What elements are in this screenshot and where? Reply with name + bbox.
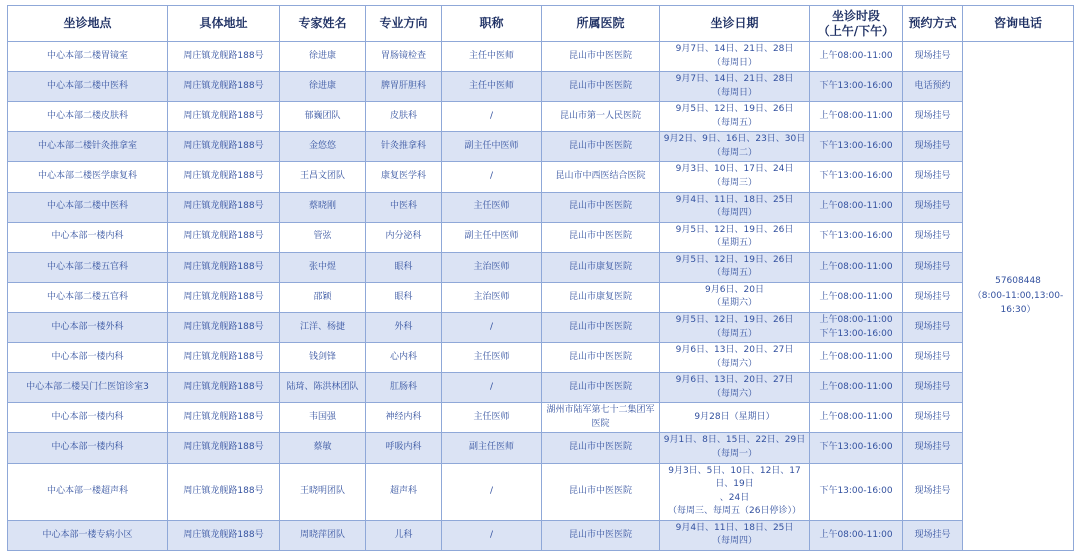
cell-location: 中心本部一楼内科 (8, 343, 168, 373)
cell-specialty: 眼科 (366, 252, 442, 282)
cell-time-slot: 上午08:00-11:00 (810, 373, 903, 403)
cell-title: 主任中医师 (442, 42, 542, 72)
cell-title: / (442, 162, 542, 192)
cell-expert-name: 江洋、杨捷 (280, 312, 366, 342)
cell-location: 中心本部二楼五官科 (8, 252, 168, 282)
table-row: 中心本部二楼中医科周庄镇龙舰路188号蔡晓刚中医科主任医师昆山市中医医院9月4日… (8, 192, 1074, 222)
header-row: 坐诊地点具体地址专家姓名专业方向职称所属医院坐诊日期坐诊时段 （上午/下午）预约… (8, 6, 1074, 42)
col-header-location: 坐诊地点 (8, 6, 168, 42)
cell-booking-method: 现场挂号 (903, 132, 963, 162)
cell-location: 中心本部一楼专病小区 (8, 520, 168, 550)
cell-time-slot: 上午08:00-11:00 (810, 252, 903, 282)
cell-expert-name: 徐进康 (280, 42, 366, 72)
cell-address: 周庄镇龙舰路188号 (168, 42, 280, 72)
cell-booking-method: 现场挂号 (903, 102, 963, 132)
table-row: 中心本部二楼针灸推拿室周庄镇龙舰路188号金悠悠针灸推拿科副主任中医师昆山市中医… (8, 132, 1074, 162)
cell-specialty: 心内科 (366, 343, 442, 373)
cell-date: 9月5日、12日、19日、26日 （星期五） (660, 222, 810, 252)
clinic-schedule-page: 坐诊地点具体地址专家姓名专业方向职称所属医院坐诊日期坐诊时段 （上午/下午）预约… (0, 0, 1080, 556)
cell-address: 周庄镇龙舰路188号 (168, 192, 280, 222)
cell-location: 中心本部一楼超声科 (8, 463, 168, 520)
cell-time-slot: 上午08:00-11:00 (810, 42, 903, 72)
cell-booking-method: 现场挂号 (903, 433, 963, 463)
cell-date: 9月28日（星期日） (660, 403, 810, 433)
cell-title: / (442, 102, 542, 132)
table-row: 中心本部二楼五官科周庄镇龙舰路188号张中煜眼科主治医师昆山市康复医院9月5日、… (8, 252, 1074, 282)
cell-booking-method: 现场挂号 (903, 282, 963, 312)
cell-booking-method: 现场挂号 (903, 222, 963, 252)
table-row: 中心本部一楼外科周庄镇龙舰路188号江洋、杨捷外科/昆山市中医医院9月5日、12… (8, 312, 1074, 342)
cell-location: 中心本部二楼胃镜室 (8, 42, 168, 72)
cell-date: 9月3日、10日、17日、24日 （每周三） (660, 162, 810, 192)
cell-location: 中心本部二楼吴门仁医馆诊室3 (8, 373, 168, 403)
cell-specialty: 肛肠科 (366, 373, 442, 403)
cell-expert-name: 郁巍团队 (280, 102, 366, 132)
col-header-expert-name: 专家姓名 (280, 6, 366, 42)
cell-specialty: 皮肤科 (366, 102, 442, 132)
cell-specialty: 超声科 (366, 463, 442, 520)
cell-booking-method: 现场挂号 (903, 373, 963, 403)
table-row: 中心本部一楼内科周庄镇龙舰路188号韦国强神经内科主任医师湖州市陆军第七十二集团… (8, 403, 1074, 433)
cell-time-slot: 下午13:00-16:00 (810, 463, 903, 520)
cell-address: 周庄镇龙舰路188号 (168, 102, 280, 132)
cell-address: 周庄镇龙舰路188号 (168, 132, 280, 162)
cell-time-slot: 上午08:00-11:00 (810, 403, 903, 433)
cell-hospital: 昆山市中医医院 (542, 520, 660, 550)
cell-specialty: 康复医学科 (366, 162, 442, 192)
cell-specialty: 神经内科 (366, 403, 442, 433)
table-row: 中心本部二楼皮肤科周庄镇龙舰路188号郁巍团队皮肤科/昆山市第一人民医院9月5日… (8, 102, 1074, 132)
cell-hospital: 昆山市中医医院 (542, 132, 660, 162)
cell-expert-name: 蔡敏 (280, 433, 366, 463)
cell-location: 中心本部二楼中医科 (8, 192, 168, 222)
cell-expert-name: 王晓明团队 (280, 463, 366, 520)
cell-hospital: 昆山市康复医院 (542, 252, 660, 282)
cell-hospital: 昆山市中医医院 (542, 222, 660, 252)
cell-location: 中心本部二楼皮肤科 (8, 102, 168, 132)
cell-expert-name: 徐进康 (280, 72, 366, 102)
cell-location: 中心本部二楼针灸推拿室 (8, 132, 168, 162)
col-header-booking-method: 预约方式 (903, 6, 963, 42)
cell-address: 周庄镇龙舰路188号 (168, 72, 280, 102)
cell-booking-method: 现场挂号 (903, 162, 963, 192)
cell-title: 主任医师 (442, 343, 542, 373)
cell-title: 主任中医师 (442, 72, 542, 102)
cell-booking-method: 现场挂号 (903, 312, 963, 342)
cell-title: / (442, 373, 542, 403)
cell-address: 周庄镇龙舰路188号 (168, 343, 280, 373)
table-row: 中心本部二楼中医科周庄镇龙舰路188号徐进康脾胃肝胆科主任中医师昆山市中医医院9… (8, 72, 1074, 102)
cell-title: 副主任中医师 (442, 222, 542, 252)
cell-hospital: 湖州市陆军第七十二集团军医院 (542, 403, 660, 433)
cell-expert-name: 周晓萍团队 (280, 520, 366, 550)
cell-date: 9月4日、11日、18日、25日 （每周四） (660, 192, 810, 222)
cell-date: 9月7日、14日、21日、28日 （每周日） (660, 72, 810, 102)
cell-address: 周庄镇龙舰路188号 (168, 433, 280, 463)
cell-title: / (442, 463, 542, 520)
cell-booking-method: 现场挂号 (903, 192, 963, 222)
cell-location: 中心本部二楼五官科 (8, 282, 168, 312)
cell-time-slot: 下午13:00-16:00 (810, 222, 903, 252)
cell-location: 中心本部一楼内科 (8, 403, 168, 433)
cell-specialty: 眼科 (366, 282, 442, 312)
cell-time-slot: 上午08:00-11:00 (810, 520, 903, 550)
table-row: 中心本部一楼专病小区周庄镇龙舰路188号周晓萍团队儿科/昆山市中医医院9月4日、… (8, 520, 1074, 550)
cell-booking-method: 现场挂号 (903, 520, 963, 550)
cell-hospital: 昆山市中医医院 (542, 72, 660, 102)
cell-title: 主治医师 (442, 252, 542, 282)
cell-title: 主任医师 (442, 403, 542, 433)
table-row: 中心本部一楼超声科周庄镇龙舰路188号王晓明团队超声科/昆山市中医医院9月3日、… (8, 463, 1074, 520)
cell-date: 9月7日、14日、21日、28日 （每周日） (660, 42, 810, 72)
cell-specialty: 脾胃肝胆科 (366, 72, 442, 102)
col-header-time-slot: 坐诊时段 （上午/下午） (810, 6, 903, 42)
cell-hospital: 昆山市中医医院 (542, 192, 660, 222)
cell-location: 中心本部二楼医学康复科 (8, 162, 168, 192)
cell-address: 周庄镇龙舰路188号 (168, 403, 280, 433)
cell-hospital: 昆山市康复医院 (542, 282, 660, 312)
cell-hospital: 昆山市中医医院 (542, 312, 660, 342)
cell-specialty: 外科 (366, 312, 442, 342)
cell-address: 周庄镇龙舰路188号 (168, 252, 280, 282)
cell-title: 主任医师 (442, 192, 542, 222)
cell-hospital: 昆山市第一人民医院 (542, 102, 660, 132)
cell-expert-name: 金悠悠 (280, 132, 366, 162)
cell-expert-name: 蔡晓刚 (280, 192, 366, 222)
cell-location: 中心本部一楼内科 (8, 433, 168, 463)
cell-hospital: 昆山市中医医院 (542, 373, 660, 403)
table-row: 中心本部一楼内科周庄镇龙舰路188号管弦内分泌科副主任中医师昆山市中医医院9月5… (8, 222, 1074, 252)
col-header-specialty: 专业方向 (366, 6, 442, 42)
col-header-hospital: 所属医院 (542, 6, 660, 42)
cell-time-slot: 下午13:00-16:00 (810, 162, 903, 192)
cell-location: 中心本部一楼外科 (8, 312, 168, 342)
cell-location: 中心本部一楼内科 (8, 222, 168, 252)
table-row: 中心本部一楼内科周庄镇龙舰路188号钱剑锋心内科主任医师昆山市中医医院9月6日、… (8, 343, 1074, 373)
cell-address: 周庄镇龙舰路188号 (168, 520, 280, 550)
cell-expert-name: 邵颖 (280, 282, 366, 312)
cell-booking-method: 现场挂号 (903, 403, 963, 433)
table-row: 中心本部二楼医学康复科周庄镇龙舰路188号王昌文团队康复医学科/昆山市中西医结合… (8, 162, 1074, 192)
cell-hospital: 昆山市中西医结合医院 (542, 162, 660, 192)
cell-booking-method: 电话预约 (903, 72, 963, 102)
cell-hospital: 昆山市中医医院 (542, 433, 660, 463)
schedule-body: 中心本部二楼胃镜室周庄镇龙舰路188号徐进康胃肠镜检查主任中医师昆山市中医医院9… (8, 42, 1074, 551)
cell-location: 中心本部二楼中医科 (8, 72, 168, 102)
cell-title: / (442, 520, 542, 550)
cell-title: 副主任中医师 (442, 132, 542, 162)
cell-address: 周庄镇龙舰路188号 (168, 463, 280, 520)
cell-hospital: 昆山市中医医院 (542, 343, 660, 373)
cell-booking-method: 现场挂号 (903, 343, 963, 373)
cell-date: 9月6日、13日、20日、27日 （每周六） (660, 343, 810, 373)
cell-date: 9月5日、12日、19日、26日 （每周五） (660, 252, 810, 282)
cell-title: / (442, 312, 542, 342)
phone-cell: 57608448 （8:00-11:00,13:00-16:30） (963, 42, 1074, 551)
cell-specialty: 呼吸内科 (366, 433, 442, 463)
col-header-title: 职称 (442, 6, 542, 42)
cell-address: 周庄镇龙舰路188号 (168, 312, 280, 342)
cell-specialty: 针灸推拿科 (366, 132, 442, 162)
cell-date: 9月6日、20日 （星期六） (660, 282, 810, 312)
cell-expert-name: 管弦 (280, 222, 366, 252)
cell-date: 9月4日、11日、18日、25日 （每周四） (660, 520, 810, 550)
cell-date: 9月5日、12日、19日、26日 （每周五） (660, 312, 810, 342)
table-row: 中心本部一楼内科周庄镇龙舰路188号蔡敏呼吸内科副主任医师昆山市中医医院9月1日… (8, 433, 1074, 463)
cell-booking-method: 现场挂号 (903, 42, 963, 72)
cell-title: 副主任医师 (442, 433, 542, 463)
cell-date: 9月2日、9日、16日、23日、30日 （每周二） (660, 132, 810, 162)
cell-address: 周庄镇龙舰路188号 (168, 162, 280, 192)
col-header-address: 具体地址 (168, 6, 280, 42)
clinic-schedule-table: 坐诊地点具体地址专家姓名专业方向职称所属医院坐诊日期坐诊时段 （上午/下午）预约… (7, 5, 1074, 551)
cell-date: 9月5日、12日、19日、26日 （每周五） (660, 102, 810, 132)
cell-title: 主治医师 (442, 282, 542, 312)
cell-expert-name: 钱剑锋 (280, 343, 366, 373)
cell-time-slot: 下午13:00-16:00 (810, 132, 903, 162)
cell-date: 9月1日、8日、15日、22日、29日 （每周一） (660, 433, 810, 463)
cell-specialty: 儿科 (366, 520, 442, 550)
cell-expert-name: 张中煜 (280, 252, 366, 282)
cell-date: 9月6日、13日、20日、27日 （每周六） (660, 373, 810, 403)
cell-address: 周庄镇龙舰路188号 (168, 373, 280, 403)
cell-hospital: 昆山市中医医院 (542, 42, 660, 72)
cell-time-slot: 上午08:00-11:00 下午13:00-16:00 (810, 312, 903, 342)
cell-hospital: 昆山市中医医院 (542, 463, 660, 520)
cell-specialty: 胃肠镜检查 (366, 42, 442, 72)
table-row: 中心本部二楼胃镜室周庄镇龙舰路188号徐进康胃肠镜检查主任中医师昆山市中医医院9… (8, 42, 1074, 72)
cell-time-slot: 上午08:00-11:00 (810, 343, 903, 373)
cell-time-slot: 下午13:00-16:00 (810, 72, 903, 102)
table-row: 中心本部二楼五官科周庄镇龙舰路188号邵颖眼科主治医师昆山市康复医院9月6日、2… (8, 282, 1074, 312)
cell-specialty: 中医科 (366, 192, 442, 222)
cell-address: 周庄镇龙舰路188号 (168, 222, 280, 252)
cell-time-slot: 上午08:00-11:00 (810, 192, 903, 222)
cell-date: 9月3日、5日、10日、12日、17日、19日 、24日 （每周三、每周五（26… (660, 463, 810, 520)
col-header-phone: 咨询电话 (963, 6, 1074, 42)
cell-time-slot: 下午13:00-16:00 (810, 433, 903, 463)
cell-expert-name: 韦国强 (280, 403, 366, 433)
cell-expert-name: 陆琦、陈洪林团队 (280, 373, 366, 403)
cell-address: 周庄镇龙舰路188号 (168, 282, 280, 312)
cell-specialty: 内分泌科 (366, 222, 442, 252)
cell-time-slot: 上午08:00-11:00 (810, 282, 903, 312)
table-row: 中心本部二楼吴门仁医馆诊室3周庄镇龙舰路188号陆琦、陈洪林团队肛肠科/昆山市中… (8, 373, 1074, 403)
col-header-date: 坐诊日期 (660, 6, 810, 42)
cell-expert-name: 王昌文团队 (280, 162, 366, 192)
cell-booking-method: 现场挂号 (903, 252, 963, 282)
cell-booking-method: 现场挂号 (903, 463, 963, 520)
cell-time-slot: 上午08:00-11:00 (810, 102, 903, 132)
